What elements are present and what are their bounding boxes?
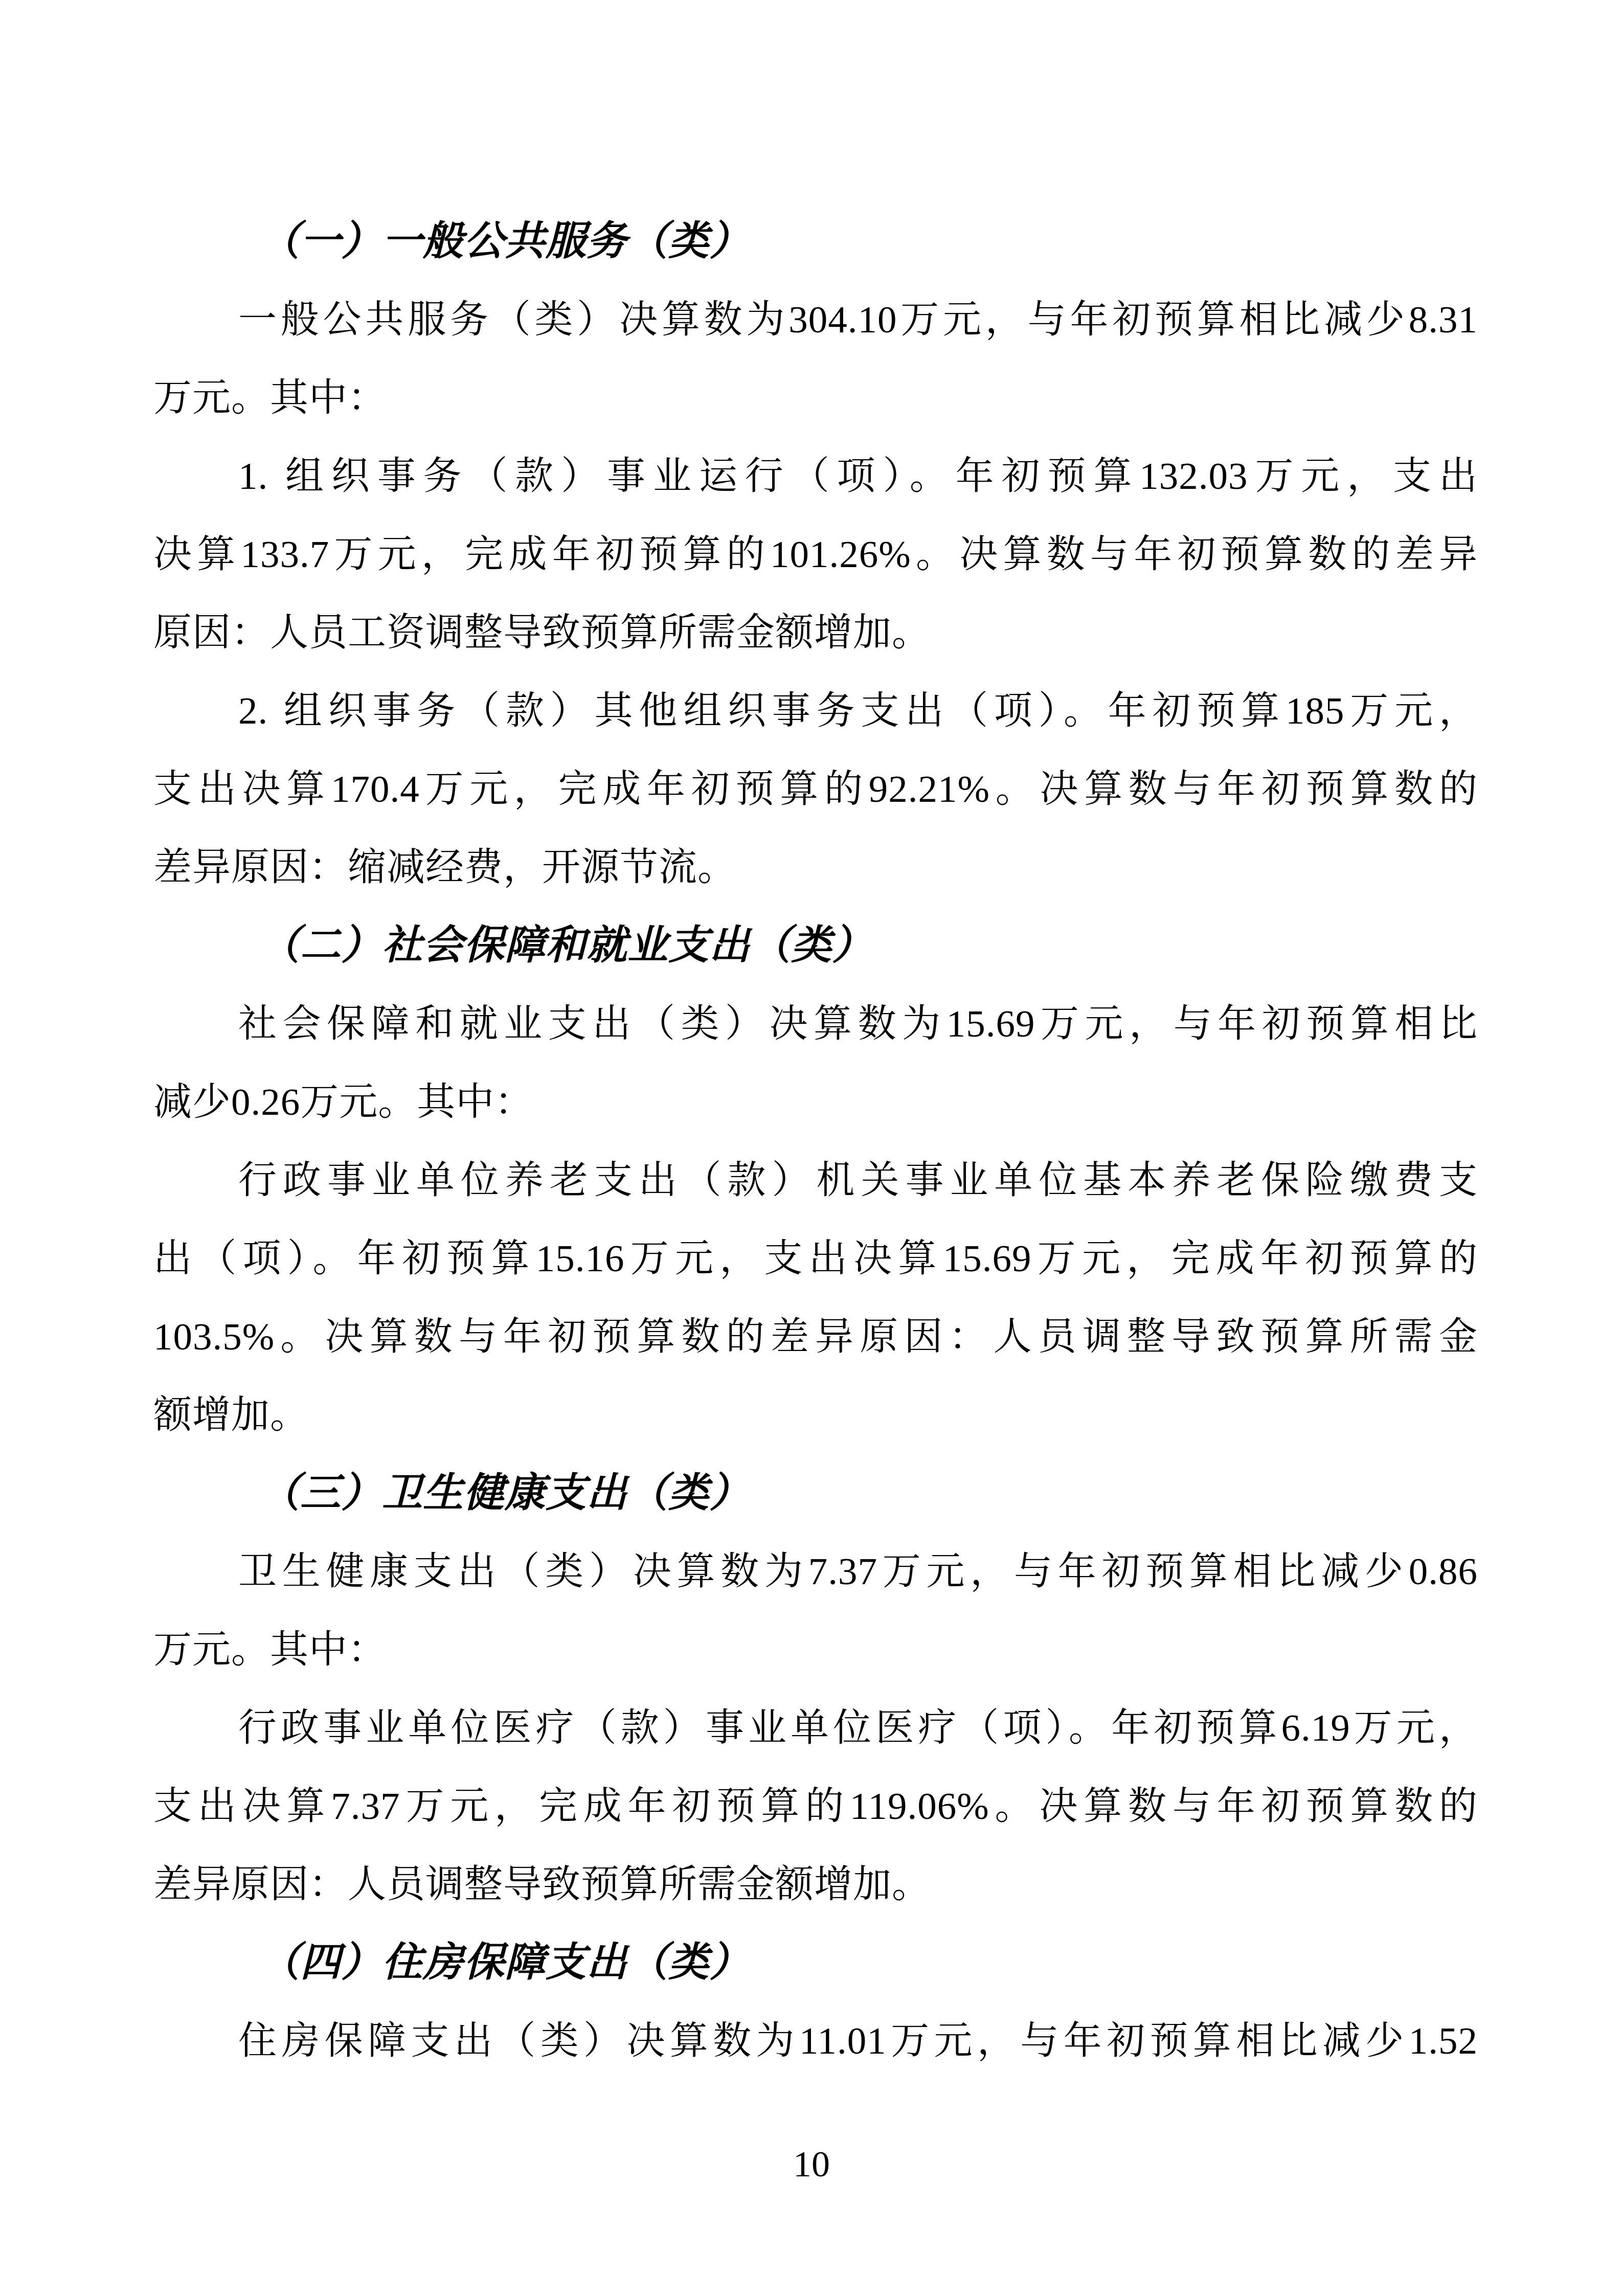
text-line: 卫生健康支出（类）决算数为7.37万元，与年初预算相比减少0.86 <box>153 1533 1478 1611</box>
page-footer: 10 <box>0 2143 1623 2185</box>
paragraph: 卫生健康支出（类）决算数为7.37万元，与年初预算相比减少0.86 万元。其中： <box>153 1533 1478 1689</box>
text-line: 2. 组织事务（款）其他组织事务支出（项）。年初预算185万元， <box>153 672 1478 750</box>
text-line: 差异原因：人员调整导致预算所需金额增加。 <box>153 1845 1478 1924</box>
paragraph: 一般公共服务（类）决算数为304.10万元，与年初预算相比减少8.31 万元。其… <box>153 281 1478 437</box>
document-body: （一）一般公共服务（类） 一般公共服务（类）决算数为304.10万元，与年初预算… <box>153 0 1478 2080</box>
paragraph: 住房保障支出（类）决算数为11.01万元，与年初预算相比减少1.52 <box>153 2002 1478 2080</box>
paragraph: 2. 组织事务（款）其他组织事务支出（项）。年初预算185万元， 支出决算170… <box>153 672 1478 907</box>
text-line: 万元。其中： <box>153 359 1478 437</box>
text-line: 社会保障和就业支出（类）决算数为15.69万元，与年初预算相比 <box>153 985 1478 1063</box>
paragraph: 行政事业单位养老支出（款）机关事业单位基本养老保险缴费支 出（项）。年初预算15… <box>153 1141 1478 1454</box>
text-line: 103.5%。决算数与年初预算数的差异原因：人员调整导致预算所需金 <box>153 1298 1478 1376</box>
page-number: 10 <box>793 2144 830 2185</box>
text-line: 行政事业单位医疗（款）事业单位医疗（项）。年初预算6.19万元， <box>153 1689 1478 1767</box>
text-line: 行政事业单位养老支出（款）机关事业单位基本养老保险缴费支 <box>153 1141 1478 1220</box>
section-heading-4: （四）住房保障支出（类） <box>153 1924 1478 2002</box>
text-line: 1. 组织事务（款）事业运行（项）。年初预算132.03万元，支出 <box>153 437 1478 515</box>
text-line: 决算133.7万元，完成年初预算的101.26%。决算数与年初预算数的差异 <box>153 515 1478 594</box>
paragraph: 行政事业单位医疗（款）事业单位医疗（项）。年初预算6.19万元， 支出决算7.3… <box>153 1689 1478 1924</box>
text-line: 差异原因：缩减经费，开源节流。 <box>153 828 1478 907</box>
document-page: （一）一般公共服务（类） 一般公共服务（类）决算数为304.10万元，与年初预算… <box>0 0 1623 2296</box>
text-line: 原因：人员工资调整导致预算所需金额增加。 <box>153 594 1478 672</box>
text-line: 支出决算7.37万元，完成年初预算的119.06%。决算数与年初预算数的 <box>153 1767 1478 1845</box>
text-line: 额增加。 <box>153 1376 1478 1454</box>
text-line: 减少0.26万元。其中： <box>153 1063 1478 1141</box>
section-heading-3: （三）卫生健康支出（类） <box>153 1454 1478 1533</box>
text-line: 住房保障支出（类）决算数为11.01万元，与年初预算相比减少1.52 <box>153 2002 1478 2080</box>
section-heading-1: （一）一般公共服务（类） <box>153 202 1478 281</box>
text-line: 出（项）。年初预算15.16万元，支出决算15.69万元，完成年初预算的 <box>153 1220 1478 1298</box>
text-line: 一般公共服务（类）决算数为304.10万元，与年初预算相比减少8.31 <box>153 281 1478 359</box>
paragraph: 社会保障和就业支出（类）决算数为15.69万元，与年初预算相比 减少0.26万元… <box>153 985 1478 1141</box>
text-line: 万元。其中： <box>153 1611 1478 1689</box>
text-line: 支出决算170.4万元，完成年初预算的92.21%。决算数与年初预算数的 <box>153 750 1478 828</box>
section-heading-2: （二）社会保障和就业支出（类） <box>153 907 1478 985</box>
paragraph: 1. 组织事务（款）事业运行（项）。年初预算132.03万元，支出 决算133.… <box>153 437 1478 672</box>
